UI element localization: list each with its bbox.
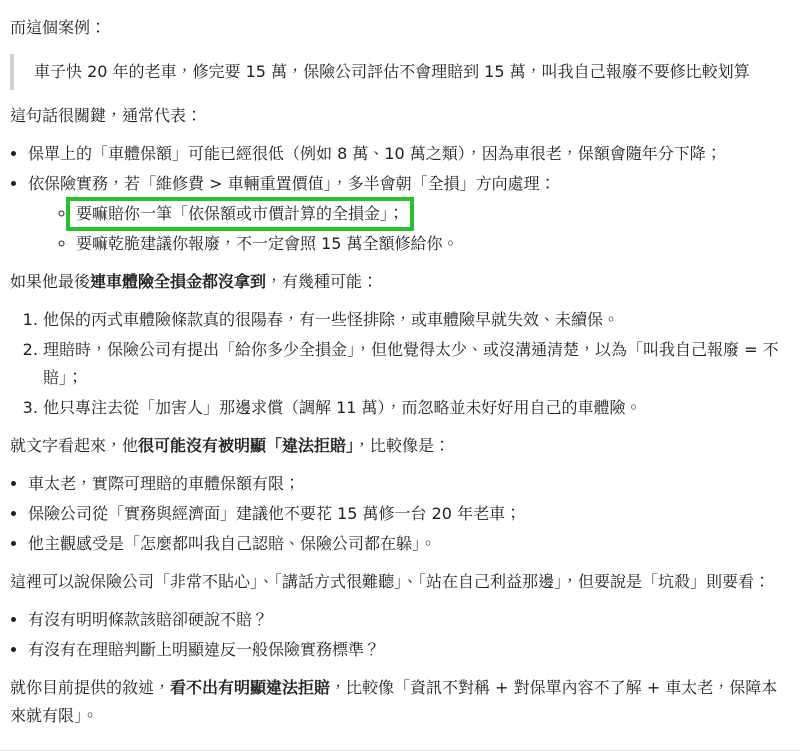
paragraph-bold-text: 很可能沒有被明顯「違法拒賠」: [138, 436, 354, 455]
list-item-text: 依保險實務，若「維修費 > 車輛重置價值」，多半會朝「全損」方向處理：: [28, 174, 556, 193]
list-item: 他主觀感受是「怎麼都叫我自己認賠、保險公司都在躲」。: [28, 530, 790, 558]
highlight-box: 要嘛賠你一筆「依保額或市價計算的全損金」；: [66, 197, 414, 231]
conclusion-paragraph: 就你目前提供的敘述，看不出有明顯違法拒賠，比較像「資訊不對稱 + 對保單內容不了…: [10, 674, 790, 730]
meaning-list: 保單上的「車體保額」可能已經很低（例如 8 萬、10 萬之類），因為車很老，保額…: [10, 140, 790, 258]
list-item: 保險公司從「實務與經濟面」建議他不要花 15 萬修一台 20 年老車；: [28, 500, 790, 528]
paragraph-bold-text: 連車體險全損金都沒拿到: [90, 272, 266, 291]
list-item: 要嘛賠你一筆「依保額或市價計算的全損金」；: [76, 200, 790, 228]
no-payout-paragraph: 如果他最後連車體險全損金都沒拿到，有幾種可能：: [10, 268, 790, 296]
paragraph-text: 如果他最後: [10, 272, 90, 291]
paragraph-text: ，比較像是：: [354, 436, 450, 455]
highlighted-text: 要嘛賠你一筆「依保額或市價計算的全損金」；: [76, 204, 404, 223]
more-like-list: 車太老，實際可理賠的車體保額有限； 保險公司從「實務與經濟面」建議他不要花 15…: [10, 470, 790, 558]
total-loss-sublist: 要嘛賠你一筆「依保額或市價計算的全損金」； 要嘛乾脆建議你報廢，不一定會照 15…: [28, 200, 790, 258]
check-list: 有沒有明明條款該賠卻硬說不賠？ 有沒有在理賠判斷上明顯違反一般保險實務標準？: [10, 606, 790, 664]
answer-document: 而這個案例： 車子快 20 年的老車，修完要 15 萬，保險公司評估不會理賠到 …: [0, 0, 800, 751]
list-item: 有沒有明明條款該賠卻硬說不賠？: [28, 606, 790, 634]
list-item: 有沒有在理賠判斷上明顯違反一般保險實務標準？: [28, 636, 790, 664]
list-item: 車太老，實際可理賠的車體保額有限；: [28, 470, 790, 498]
paragraph-text: 就文字看起來，他: [10, 436, 138, 455]
list-item: 他保的丙式車體險條款真的很陽春，有一些怪排除，或車體險早就失效、未續保。: [43, 306, 790, 334]
list-item: 他只專注去從「加害人」那邊求償（調解 11 萬），而忽略並未好好用自己的車體險。: [43, 394, 790, 422]
paragraph-text: ，有幾種可能：: [266, 272, 378, 291]
possibility-list: 他保的丙式車體險條款真的很陽春，有一些怪排除，或車體險早就失效、未續保。 理賠時…: [10, 306, 790, 422]
user-quote-text: 車子快 20 年的老車，修完要 15 萬，保險公司評估不會理賠到 15 萬，叫我…: [34, 62, 750, 81]
case-intro-paragraph: 而這個案例：: [10, 14, 790, 42]
paragraph-bold-text: 看不出有明顯違法拒賠: [170, 678, 330, 697]
list-item: 保單上的「車體保額」可能已經很低（例如 8 萬、10 萬之類），因為車很老，保額…: [28, 140, 790, 168]
key-line-paragraph: 這句話很關鍵，通常代表：: [10, 102, 790, 130]
list-item: 要嘛乾脆建議你報廢，不一定會照 15 萬全額修給你。: [76, 230, 790, 258]
list-item: 依保險實務，若「維修費 > 車輛重置價值」，多半會朝「全損」方向處理： 要嘛賠你…: [28, 170, 790, 258]
assessment-paragraph: 就文字看起來，他很可能沒有被明顯「違法拒賠」，比較像是：: [10, 432, 790, 460]
user-quote-block: 車子快 20 年的老車，修完要 15 萬，保險公司評估不會理賠到 15 萬，叫我…: [10, 54, 790, 90]
criticism-paragraph: 這裡可以說保險公司「非常不貼心」、「講話方式很難聽」、「站在自己利益那邊」，但要…: [10, 568, 790, 596]
list-item: 理賠時，保險公司有提出「給你多少全損金」，但他覺得太少、或沒溝通清楚，以為「叫我…: [43, 336, 790, 392]
paragraph-text: 就你目前提供的敘述，: [10, 678, 170, 697]
